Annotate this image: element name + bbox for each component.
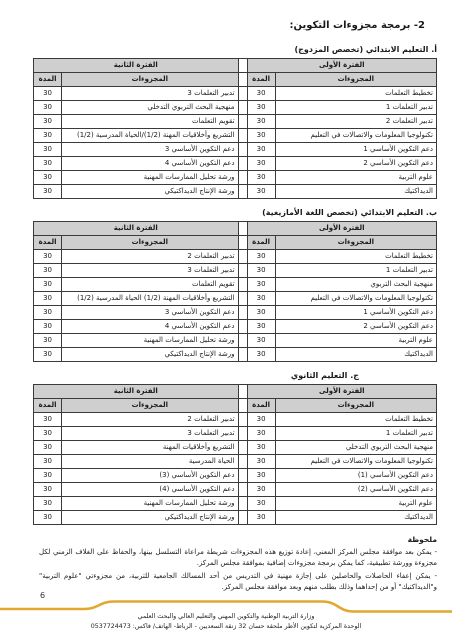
- duration-cell: 30: [247, 455, 275, 469]
- module-cell: ورشة تحليل الممارسات المهنية: [62, 497, 238, 511]
- note-bullet: - يمكن بعد موافقة مجلس المركز المعني، إع…: [33, 547, 437, 569]
- spacer-cell: [238, 101, 247, 115]
- note-block: ملحوظة - يمكن بعد موافقة مجلس المركز الم…: [33, 535, 437, 593]
- modules-column-header: المجزوءات: [62, 236, 238, 250]
- spacer-cell: [238, 59, 247, 73]
- duration-cell: 30: [247, 87, 275, 101]
- table-row: تكنولوجيا المعلومات والاتصالات في التعلي…: [34, 292, 437, 306]
- period-header-row: الفترة الأولى الفترة الثانية: [34, 222, 437, 236]
- section-title-primary-dual: أ. التعليم الابتدائي (تخصص المزدوج): [15, 45, 437, 54]
- spacer-cell: [238, 469, 247, 483]
- module-cell: تكنولوجيا المعلومات والاتصالات في التعلي…: [275, 292, 436, 306]
- duration-cell: 30: [34, 292, 62, 306]
- duration-cell: 30: [34, 129, 62, 143]
- module-cell: دعم التكوين الأساسي 1: [275, 306, 436, 320]
- module-cell: تدبير التعلمات 3: [62, 427, 238, 441]
- footer-ministry-line: وزارة التربية الوطنية والتكوين المهني وا…: [0, 612, 452, 622]
- period-header-row: الفترة الأولى الفترة الثانية: [34, 385, 437, 399]
- period1-header: الفترة الأولى: [247, 59, 436, 73]
- duration-cell: 30: [247, 413, 275, 427]
- note-bullet: - يمكن إعفاء الحاصلات والحاصلين على إجاز…: [33, 571, 437, 593]
- duration-cell: 30: [247, 320, 275, 334]
- module-cell: تدبير التعلمات 2: [62, 250, 238, 264]
- module-cell: تخطيط التعلمات: [275, 250, 436, 264]
- duration-cell: 30: [247, 348, 275, 362]
- spacer-cell: [238, 236, 247, 250]
- duration-cell: 30: [34, 469, 62, 483]
- modules-column-header: المجزوءات: [62, 399, 238, 413]
- duration-cell: 30: [34, 511, 62, 525]
- table-row: الديداكتيك30ورشة الإنتاج الديداكتيكي30: [34, 348, 437, 362]
- duration-cell: 30: [247, 250, 275, 264]
- table-row: دعم التكوين الأساسي 230دعم التكوين الأسا…: [34, 320, 437, 334]
- duration-cell: 30: [34, 497, 62, 511]
- spacer-cell: [238, 427, 247, 441]
- footer: وزارة التربية الوطنية والتكوين المهني وا…: [0, 612, 452, 632]
- module-cell: تدبير التعلمات 1: [275, 264, 436, 278]
- table-row: علوم التربية30ورشة تحليل الممارسات المهن…: [34, 497, 437, 511]
- module-cell: دعم التكوين الأساسي 3: [62, 143, 238, 157]
- module-cell: منهجية البحث التربوي التدخلي: [62, 101, 238, 115]
- modules-table-primary-amazigh: الفترة الأولى الفترة الثانية المجزوءات ا…: [33, 221, 437, 362]
- column-header-row: المجزوءات المدة المجزوءات المدة: [34, 399, 437, 413]
- duration-cell: 30: [247, 171, 275, 185]
- spacer-cell: [238, 115, 247, 129]
- duration-cell: 30: [247, 497, 275, 511]
- duration-cell: 30: [34, 101, 62, 115]
- spacer-cell: [238, 157, 247, 171]
- duration-cell: 30: [247, 278, 275, 292]
- table-row: علوم التربية30ورشة تحليل الممارسات المهن…: [34, 334, 437, 348]
- module-cell: التشريع وأخلاقيات المهنة (1/2)/الحياة ال…: [62, 129, 238, 143]
- period1-header: الفترة الأولى: [247, 222, 436, 236]
- module-cell: دعم التكوين الأساسي 4: [62, 157, 238, 171]
- duration-cell: 30: [247, 115, 275, 129]
- duration-cell: 30: [247, 441, 275, 455]
- module-cell: تخطيط التعلمات: [275, 87, 436, 101]
- column-header-row: المجزوءات المدة المجزوءات المدة: [34, 73, 437, 87]
- module-cell: تقويم التعلمات: [62, 115, 238, 129]
- module-cell: تدبير التعلمات 3: [62, 87, 238, 101]
- duration-cell: 30: [34, 455, 62, 469]
- duration-cell: 30: [34, 334, 62, 348]
- module-cell: تخطيط التعلمات: [275, 413, 436, 427]
- modules-table-primary-dual: الفترة الأولى الفترة الثانية المجزوءات ا…: [33, 58, 437, 199]
- duration-cell: 30: [34, 413, 62, 427]
- duration-column-header: المدة: [34, 236, 62, 250]
- spacer-cell: [238, 320, 247, 334]
- duration-cell: 30: [247, 334, 275, 348]
- module-cell: علوم التربية: [275, 497, 436, 511]
- period1-header: الفترة الأولى: [247, 385, 436, 399]
- duration-cell: 30: [34, 115, 62, 129]
- duration-cell: 30: [247, 129, 275, 143]
- spacer-cell: [238, 455, 247, 469]
- table-row: منهجية البحث التربوي التدخلي30التشريع وأ…: [34, 441, 437, 455]
- spacer-cell: [238, 399, 247, 413]
- period2-header: الفترة الثانية: [34, 385, 239, 399]
- spacer-cell: [238, 250, 247, 264]
- footer-address-line: الوحدة المركزية لتكوين الأطر ملحقة حسان …: [0, 622, 452, 632]
- spacer-cell: [238, 441, 247, 455]
- module-cell: تدبير التعلمات 2: [275, 115, 436, 129]
- module-cell: دعم التكوين الأساسي 4: [62, 320, 238, 334]
- spacer-cell: [238, 222, 247, 236]
- module-cell: دعم التكوين الأساسي 2: [275, 157, 436, 171]
- table-row: تخطيط التعلمات30تدبير التعلمات 230: [34, 250, 437, 264]
- table-row: دعم التكوين الأساسي (2)30دعم التكوين الأ…: [34, 483, 437, 497]
- duration-cell: 30: [34, 250, 62, 264]
- duration-cell: 30: [34, 157, 62, 171]
- duration-cell: 30: [247, 185, 275, 199]
- table-row: تدبير التعلمات 130تدبير التعلمات 330: [34, 264, 437, 278]
- duration-cell: 30: [34, 278, 62, 292]
- module-cell: الديداكتيك: [275, 511, 436, 525]
- page-content: 2- برمجة مجزوءات التكوين: أ. التعليم الا…: [0, 0, 452, 593]
- table-row: تكنولوجيا المعلومات والاتصالات في التعلي…: [34, 129, 437, 143]
- period-header-row: الفترة الأولى الفترة الثانية: [34, 59, 437, 73]
- duration-cell: 30: [34, 320, 62, 334]
- period2-header: الفترة الثانية: [34, 222, 239, 236]
- duration-cell: 30: [247, 292, 275, 306]
- module-cell: التشريع وأخلاقيات المهنة: [62, 441, 238, 455]
- duration-column-header: المدة: [34, 73, 62, 87]
- spacer-cell: [238, 73, 247, 87]
- table-row: الديداكتيك30ورشة الإنتاج الديداكتيكي30: [34, 185, 437, 199]
- table-row: دعم التكوين الأساسي 230دعم التكوين الأسا…: [34, 157, 437, 171]
- spacer-cell: [238, 292, 247, 306]
- module-cell: دعم التكوين الأساسي (3): [62, 469, 238, 483]
- duration-cell: 30: [247, 157, 275, 171]
- table-row: دعم التكوين الأساسي 130دعم التكوين الأسا…: [34, 306, 437, 320]
- duration-cell: 30: [247, 143, 275, 157]
- spacer-cell: [238, 348, 247, 362]
- module-cell: دعم التكوين الأساسي 2: [275, 320, 436, 334]
- modules-column-header: المجزوءات: [275, 236, 436, 250]
- column-header-row: المجزوءات المدة المجزوءات المدة: [34, 236, 437, 250]
- spacer-cell: [238, 129, 247, 143]
- duration-cell: 30: [34, 87, 62, 101]
- module-cell: الديداكتيك: [275, 185, 436, 199]
- spacer-cell: [238, 511, 247, 525]
- period2-header: الفترة الثانية: [34, 59, 239, 73]
- duration-cell: 30: [34, 306, 62, 320]
- duration-cell: 30: [34, 483, 62, 497]
- duration-cell: 30: [34, 441, 62, 455]
- module-cell: ورشة تحليل الممارسات المهنية: [62, 334, 238, 348]
- table-row: تخطيط التعلمات30تدبير التعلمات 230: [34, 413, 437, 427]
- duration-cell: 30: [34, 427, 62, 441]
- duration-cell: 30: [34, 171, 62, 185]
- modules-column-header: المجزوءات: [62, 73, 238, 87]
- table-row: تدبير التعلمات 130تدبير التعلمات 330: [34, 427, 437, 441]
- module-cell: تدبير التعلمات 1: [275, 101, 436, 115]
- duration-column-header: المدة: [247, 73, 275, 87]
- note-title: ملحوظة: [33, 535, 437, 544]
- spacer-cell: [238, 497, 247, 511]
- main-title: 2- برمجة مجزوءات التكوين:: [15, 20, 425, 31]
- spacer-cell: [238, 385, 247, 399]
- modules-table-secondary: الفترة الأولى الفترة الثانية المجزوءات ا…: [33, 384, 437, 525]
- spacer-cell: [238, 278, 247, 292]
- table-row: دعم التكوين الأساسي 130دعم التكوين الأسا…: [34, 143, 437, 157]
- module-cell: دعم التكوين الأساسي (1): [275, 469, 436, 483]
- module-cell: تدبير التعلمات 1: [275, 427, 436, 441]
- module-cell: دعم التكوين الأساسي (4): [62, 483, 238, 497]
- spacer-cell: [238, 334, 247, 348]
- duration-cell: 30: [247, 511, 275, 525]
- table-row: تدبير التعلمات 130منهجية البحث التربوي ا…: [34, 101, 437, 115]
- spacer-cell: [238, 306, 247, 320]
- duration-cell: 30: [247, 264, 275, 278]
- table-row: دعم التكوين الأساسي (1)30دعم التكوين الأ…: [34, 469, 437, 483]
- module-cell: التشريع وأخلاقيات المهنة (1/2) الحياة ال…: [62, 292, 238, 306]
- duration-cell: 30: [34, 185, 62, 199]
- section-secondary: ج. التعليم الثانوي الفترة الأولى الفترة …: [15, 371, 437, 525]
- duration-column-header: المدة: [247, 399, 275, 413]
- table-row: علوم التربية30ورشة تحليل الممارسات المهن…: [34, 171, 437, 185]
- spacer-cell: [238, 264, 247, 278]
- duration-column-header: المدة: [247, 236, 275, 250]
- duration-cell: 30: [247, 469, 275, 483]
- module-cell: دعم التكوين الأساسي (2): [275, 483, 436, 497]
- module-cell: ورشة الإنتاج الديداكتيكي: [62, 185, 238, 199]
- module-cell: منهجية البحث التربوي: [275, 278, 436, 292]
- document-page: 2- برمجة مجزوءات التكوين: أ. التعليم الا…: [0, 0, 452, 640]
- module-cell: الحياة المدرسية: [62, 455, 238, 469]
- module-cell: منهجية البحث التربوي التدخلي: [275, 441, 436, 455]
- module-cell: الديداكتيك: [275, 348, 436, 362]
- module-cell: تقويم التعلمات: [62, 278, 238, 292]
- duration-cell: 30: [247, 483, 275, 497]
- duration-column-header: المدة: [34, 399, 62, 413]
- table-row: تخطيط التعلمات30تدبير التعلمات 330: [34, 87, 437, 101]
- module-cell: علوم التربية: [275, 334, 436, 348]
- section-primary-amazigh: ب. التعليم الابتدائي (تخصص اللغة الأمازي…: [15, 208, 437, 362]
- table-row: تكنولوجيا المعلومات والاتصالات في التعلي…: [34, 455, 437, 469]
- table-row: منهجية البحث التربوي30تقويم التعلمات30: [34, 278, 437, 292]
- duration-cell: 30: [34, 348, 62, 362]
- module-cell: تدبير التعلمات 2: [62, 413, 238, 427]
- module-cell: تدبير التعلمات 3: [62, 264, 238, 278]
- spacer-cell: [238, 185, 247, 199]
- duration-cell: 30: [247, 306, 275, 320]
- spacer-cell: [238, 413, 247, 427]
- module-cell: تكنولوجيا المعلومات والاتصالات في التعلي…: [275, 129, 436, 143]
- spacer-cell: [238, 143, 247, 157]
- module-cell: دعم التكوين الأساسي 3: [62, 306, 238, 320]
- section-title-secondary: ج. التعليم الثانوي: [15, 371, 437, 380]
- module-cell: تكنولوجيا المعلومات والاتصالات في التعلي…: [275, 455, 436, 469]
- module-cell: دعم التكوين الأساسي 1: [275, 143, 436, 157]
- modules-column-header: المجزوءات: [275, 73, 436, 87]
- spacer-cell: [238, 483, 247, 497]
- section-title-primary-amazigh: ب. التعليم الابتدائي (تخصص اللغة الأمازي…: [15, 208, 437, 217]
- duration-cell: 30: [247, 427, 275, 441]
- modules-column-header: المجزوءات: [275, 399, 436, 413]
- module-cell: ورشة تحليل الممارسات المهنية: [62, 171, 238, 185]
- section-primary-dual: أ. التعليم الابتدائي (تخصص المزدوج) الفت…: [15, 45, 437, 199]
- module-cell: ورشة الإنتاج الديداكتيكي: [62, 511, 238, 525]
- duration-cell: 30: [34, 264, 62, 278]
- spacer-cell: [238, 171, 247, 185]
- table-row: الديداكتيك30ورشة الإنتاج الديداكتيكي30: [34, 511, 437, 525]
- duration-cell: 30: [247, 101, 275, 115]
- table-row: تدبير التعلمات 230تقويم التعلمات30: [34, 115, 437, 129]
- module-cell: ورشة الإنتاج الديداكتيكي: [62, 348, 238, 362]
- spacer-cell: [238, 87, 247, 101]
- module-cell: علوم التربية: [275, 171, 436, 185]
- duration-cell: 30: [34, 143, 62, 157]
